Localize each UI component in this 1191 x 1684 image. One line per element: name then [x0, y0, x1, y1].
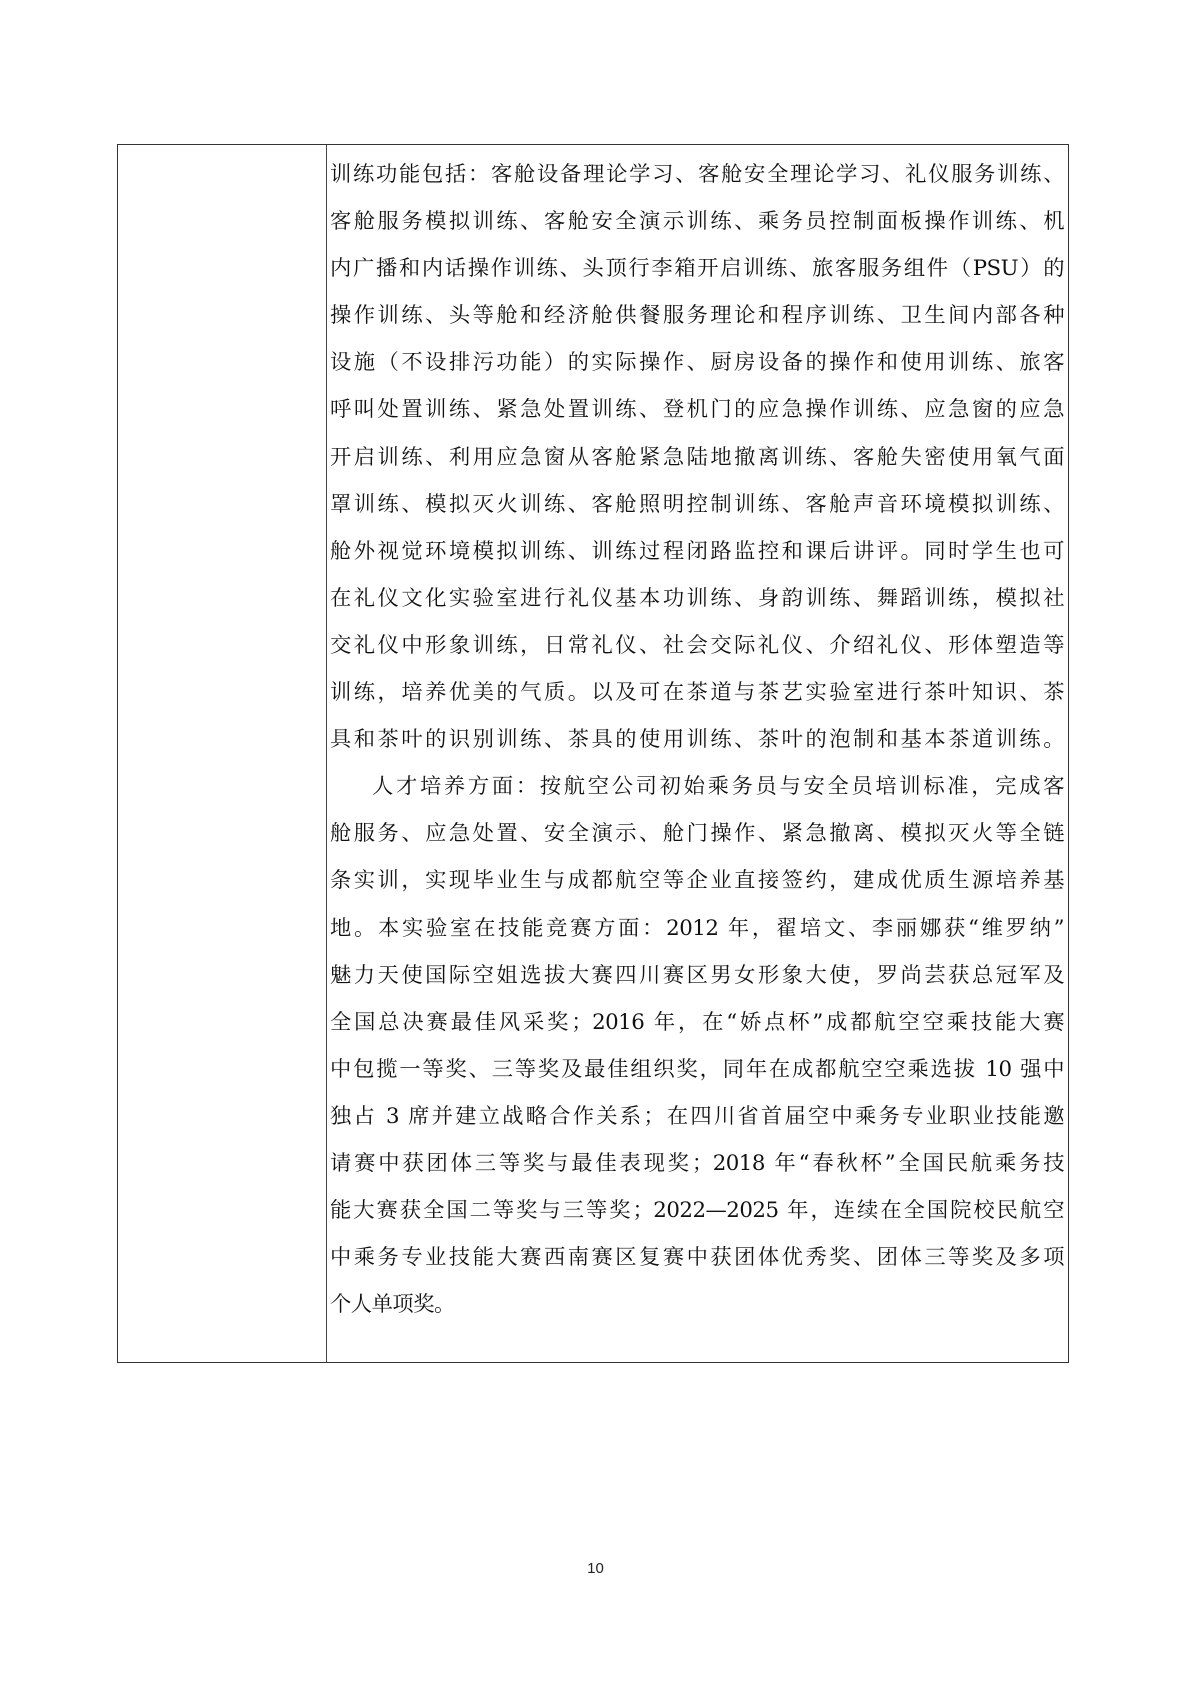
text-line: 请赛中获团体三等奖与最佳表现奖；2018 年“春秋杯”全国民航乘务技	[330, 1144, 1064, 1191]
text-line: 地。本实验室在技能竞赛方面：2012 年，翟培文、李丽娜获“维罗纳”	[330, 909, 1064, 956]
text-line: 罩训练、模拟灭火训练、客舱照明控制训练、客舱声音环境模拟训练、	[330, 485, 1064, 532]
text-line: 开启训练、利用应急窗从客舱紧急陆地撤离训练、客舱失密使用氧气面	[330, 438, 1064, 485]
text-line: 能大赛获全国二等奖与三等奖；2022—2025 年，连续在全国院校民航空	[330, 1191, 1064, 1238]
text-line: 具和茶叶的识别训练、茶具的使用训练、茶叶的泡制和基本茶道训练。	[330, 720, 1064, 767]
text-line: 人才培养方面：按航空公司初始乘务员与安全员培训标准，完成客	[330, 767, 1064, 814]
text-line: 全国总决赛最佳风采奖；2016 年，在“娇点杯”成都航空空乘技能大赛	[330, 1003, 1064, 1050]
text-line: 舱服务、应急处置、安全演示、舱门操作、紧急撤离、模拟灭火等全链	[330, 814, 1064, 861]
text-line: 中乘务专业技能大赛西南赛区复赛中获团体优秀奖、团体三等奖及多项	[330, 1238, 1064, 1285]
text-line: 操作训练、头等舱和经济舱供餐服务理论和程序训练、卫生间内部各种	[330, 296, 1064, 343]
text-line: 舱外视觉环境模拟训练、训练过程闭路监控和课后讲评。同时学生也可	[330, 532, 1064, 579]
text-line: 在礼仪文化实验室进行礼仪基本功训练、身韵训练、舞蹈训练，模拟社	[330, 579, 1064, 626]
text-line: 中包揽一等奖、三等奖及最佳组织奖，同年在成都航空空乘选拔 10 强中	[330, 1050, 1064, 1097]
text-line: 客舱服务模拟训练、客舱安全演示训练、乘务员控制面板操作训练、机	[330, 202, 1064, 249]
paragraph-talent-cultivation: 人才培养方面：按航空公司初始乘务员与安全员培训标准，完成客 舱服务、应急处置、安…	[330, 767, 1064, 1332]
table-left-cell	[118, 145, 327, 1362]
paragraph-training-functions: 训练功能包括：客舱设备理论学习、客舱安全理论学习、礼仪服务训练、 客舱服务模拟训…	[330, 155, 1064, 767]
text-line: 条实训，实现毕业生与成都航空等企业直接签约，建成优质生源培养基	[330, 861, 1064, 908]
page-number: 10	[0, 1560, 1191, 1577]
text-line: 魅力天使国际空姐选拔大赛四川赛区男女形象大使，罗尚芸获总冠军及	[330, 956, 1064, 1003]
text-line: 交礼仪中形象训练，日常礼仪、社会交际礼仪、介绍礼仪、形体塑造等	[330, 626, 1064, 673]
text-line: 独占 3 席并建立战略合作关系；在四川省首届空中乘务专业职业技能邀	[330, 1097, 1064, 1144]
table-right-cell: 训练功能包括：客舱设备理论学习、客舱安全理论学习、礼仪服务训练、 客舱服务模拟训…	[327, 145, 1068, 1362]
text-line: 训练，培养优美的气质。以及可在茶道与茶艺实验室进行茶叶知识、茶	[330, 673, 1064, 720]
text-line: 呼叫处置训练、紧急处置训练、登机门的应急操作训练、应急窗的应急	[330, 390, 1064, 437]
text-line: 设施（不设排污功能）的实际操作、厨房设备的操作和使用训练、旅客	[330, 343, 1064, 390]
text-line: 训练功能包括：客舱设备理论学习、客舱安全理论学习、礼仪服务训练、	[330, 155, 1064, 202]
text-line: 个人单项奖。	[330, 1285, 1064, 1332]
content-table: 训练功能包括：客舱设备理论学习、客舱安全理论学习、礼仪服务训练、 客舱服务模拟训…	[117, 144, 1069, 1363]
text-line: 内广播和内话操作训练、头顶行李箱开启训练、旅客服务组件（PSU）的	[330, 249, 1064, 296]
